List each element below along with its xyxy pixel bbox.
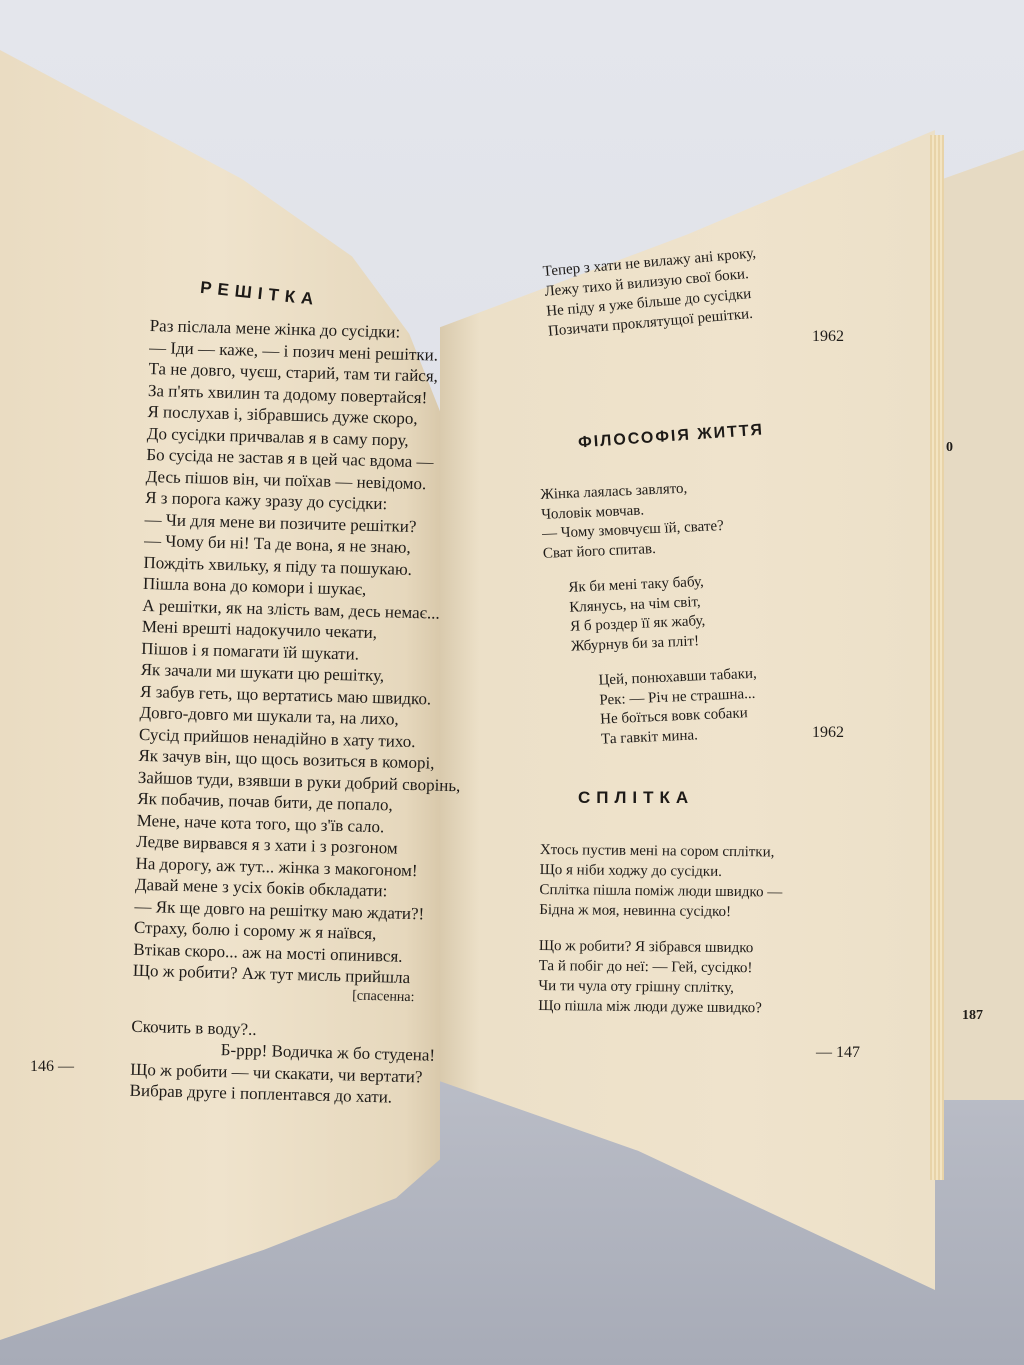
back-page — [944, 150, 1024, 1100]
poem-title-splitka: СПЛІТКА — [578, 788, 694, 808]
verse-line: Що я ніби ходжу до сусідки. — [540, 860, 783, 883]
verse-line: Хтось пустив мені на сором сплітки, — [540, 840, 783, 863]
verse-line: Чи ти чула оту грішну сплітку, — [538, 976, 781, 999]
verse-line: Бідна ж моя, невинна сусідко! — [539, 900, 782, 923]
page-edges — [930, 135, 944, 1180]
poem-year: 1962 — [812, 328, 844, 346]
verse-line: Сплітка пішла поміж люди швидко — — [539, 880, 782, 903]
poem-year: 1962 — [812, 724, 844, 742]
poem-body-splitka: Хтось пустив мені на сором сплітки, Що я… — [538, 840, 783, 1019]
poem-body-reshitka: Раз післала мене жінка до сусідки: — Іди… — [129, 315, 472, 1110]
verse-line: Що ж робити? Я зібрався швидко — [539, 936, 782, 959]
verse-line: Що пішла між люди дуже швидко? — [538, 996, 781, 1019]
page-number-left: 146 — — [30, 1058, 74, 1076]
poem-body-filosofiya: Жінка лаялась завлято, Чоловік мовчав. —… — [540, 477, 760, 752]
verse-line: Та й побіг до неї: — Гей, сусідко! — [539, 956, 782, 979]
page-number-back: 187 — [962, 1008, 983, 1024]
back-page-fragment: 0 — [946, 440, 953, 456]
page-number-right: — 147 — [816, 1044, 860, 1062]
